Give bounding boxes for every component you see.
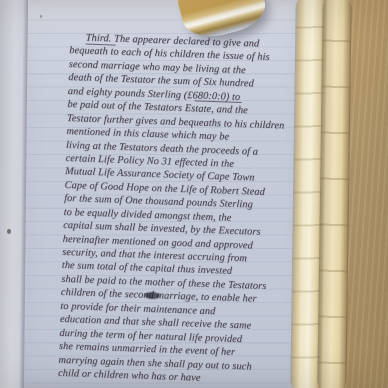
- ink-speck: [7, 229, 11, 234]
- ink-blot: [145, 292, 160, 300]
- page-fold-crease: [0, 0, 28, 388]
- curled-page-edge: [317, 0, 352, 388]
- document-photo: Third. The appearer declared to give and…: [0, 0, 388, 388]
- curled-page-edges: [290, 0, 360, 388]
- manuscript-page: Third. The appearer declared to give and…: [0, 0, 314, 388]
- ink-speck: [40, 15, 42, 18]
